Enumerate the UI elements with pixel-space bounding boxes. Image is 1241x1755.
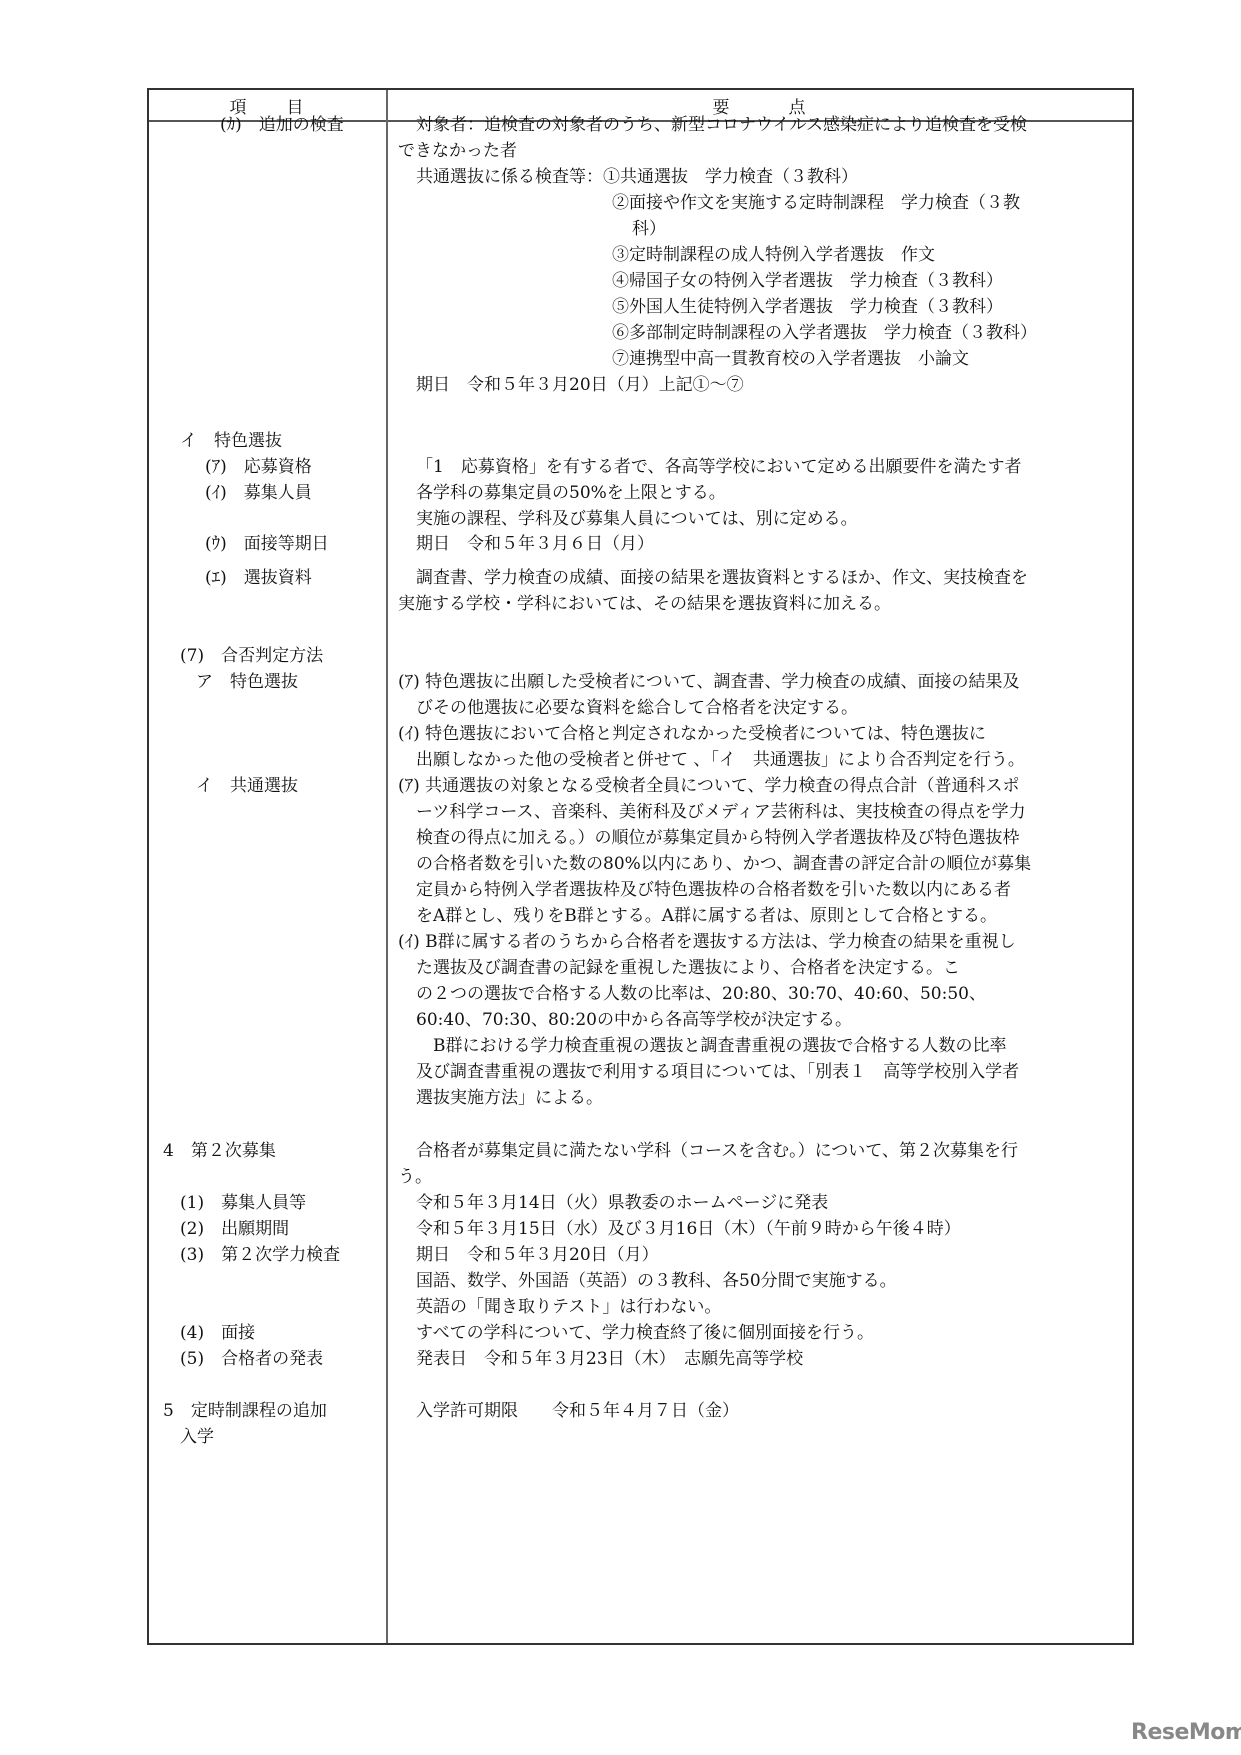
right-line: (ｲ) B群に属する者のうちから合格者を選抜する方法は、学力検査の結果を重視し xyxy=(398,929,1016,955)
right-line: 期日 令和５年３月20日（月）上記①～⑦ xyxy=(416,372,744,398)
right-line: 期日 令和５年３月６日（月） xyxy=(416,531,654,557)
right-line: た選抜及び調査書の記録を重視した選抜により、合格者を決定する。こ xyxy=(416,955,960,981)
right-line: 対象者：追検査の対象者のうち、新型コロナウイルス感染症により追検査を受検 xyxy=(416,112,1027,138)
right-line: ⑤外国人生徒特例入学者選抜 学力検査（３教科） xyxy=(612,294,1003,320)
right-line: 令和５年３月14日（火）県教委のホームページに発表 xyxy=(416,1190,828,1216)
left-line: (2) 出願期間 xyxy=(180,1216,289,1242)
right-line: ⑥多部制定時制課程の入学者選抜 学力検査（３教科） xyxy=(612,320,1037,346)
right-line: 「1 応募資格」を有する者で、各高等学校において定める出願要件を満たす者 xyxy=(416,454,1021,480)
right-line: 実施の課程、学科及び募集人員については、別に定める。 xyxy=(416,506,858,532)
left-line: 入学 xyxy=(180,1424,214,1450)
right-line: 定員から特例入学者選抜枠及び特色選抜枠の合格者数を引いた数以内にある者 xyxy=(416,877,1011,903)
right-line: 発表日 令和５年３月23日（木） 志願先高等学校 xyxy=(416,1346,803,1372)
right-line: う。 xyxy=(398,1164,432,1190)
right-line: ②面接や作文を実施する定時制課程 学力検査（３教 xyxy=(612,190,1020,216)
right-line: 期日 令和５年３月20日（月） xyxy=(416,1242,659,1268)
right-line: の２つの選抜で合格する人数の比率は、20:80、30:70、40:60、50:5… xyxy=(416,981,986,1007)
right-line: 共通選抜に係る検査等：①共通選抜 学力検査（３教科） xyxy=(416,164,858,190)
right-line: (ｲ) 特色選抜において合格と判定されなかった受検者については、特色選抜に xyxy=(398,721,986,747)
left-line: (ｱ) 応募資格 xyxy=(205,454,312,480)
left-line: (3) 第２次学力検査 xyxy=(180,1242,340,1268)
right-line: 合格者が募集定員に満たない学科（コースを含む。）について、第２次募集を行 xyxy=(416,1138,1018,1164)
right-line: (ｱ) 共通選抜の対象となる受検者全員について、学力検査の得点合計（普通科スポ xyxy=(398,773,1020,799)
right-line: 入学許可期限 令和５年４月７日（金） xyxy=(416,1398,739,1424)
right-line: ③定時制課程の成人特例入学者選抜 作文 xyxy=(612,242,935,268)
left-line: ア 特色選抜 xyxy=(196,669,298,695)
left-line: (5) 合格者の発表 xyxy=(180,1346,323,1372)
right-line: 英語の「聞き取りテスト」は行わない。 xyxy=(416,1294,721,1320)
right-line: 令和５年３月15日（水）及び３月16日（木）（午前９時から午後４時） xyxy=(416,1216,961,1242)
left-line: (1) 募集人員等 xyxy=(180,1190,306,1216)
right-line: ④帰国子女の特例入学者選抜 学力検査（３教科） xyxy=(612,268,1003,294)
right-line: 国語、数学、外国語（英語）の３教科、各50分間で実施する。 xyxy=(416,1268,897,1294)
right-line: 実施する学校・学科においては、その結果を選抜資料に加える。 xyxy=(398,591,891,617)
right-line: すべての学科について、学力検査終了後に個別面接を行う。 xyxy=(416,1320,874,1346)
left-line: (ｲ) 募集人員 xyxy=(205,480,312,506)
left-line: 5 定時制課程の追加 xyxy=(163,1398,327,1424)
right-line: の合格者数を引いた数の80%以内にあり、かつ、調査書の評定合計の順位が募集 xyxy=(416,851,1031,877)
admission-procedures-table: 項 目 要 点 (ｶ) 追加の検査イ 特色選抜(ｱ) 応募資格(ｲ) 募集人員(… xyxy=(147,88,1134,1645)
left-line: (ｳ) 面接等期日 xyxy=(205,531,329,557)
left-line: (4) 面接 xyxy=(180,1320,255,1346)
left-line: イ 共通選抜 xyxy=(196,773,298,799)
right-line: 調査書、学力検査の成績、面接の結果を選抜資料とするほか、作文、実技検査を xyxy=(416,565,1028,591)
right-line: 及び調査書重視の選抜で利用する項目については、「別表１ 高等学校別入学者 xyxy=(416,1059,1019,1085)
left-line: (7) 合否判定方法 xyxy=(180,643,323,669)
right-line: 科） xyxy=(632,216,666,242)
right-line: 選抜実施方法」による。 xyxy=(416,1085,603,1111)
right-line: ーツ科学コース、音楽科、美術科及びメディア芸術科は、実技検査の得点を学力 xyxy=(416,799,1026,825)
left-line: イ 特色選抜 xyxy=(180,428,282,454)
resemom-logo: ReseMom xyxy=(1131,1720,1241,1745)
left-line: (ｴ) 選抜資料 xyxy=(205,565,312,591)
left-line: 4 第２次募集 xyxy=(163,1138,276,1164)
right-line: 検査の得点に加える。）の順位が募集定員から特例入学者選抜枠及び特色選抜枠 xyxy=(416,825,1020,851)
item-column: (ｶ) 追加の検査イ 特色選抜(ｱ) 応募資格(ｲ) 募集人員(ｳ) 面接等期日… xyxy=(149,90,386,1643)
right-line: 出願しなかった他の受検者と併せて 、「イ 共通選抜」により合否判定を行う。 xyxy=(416,747,1025,773)
right-line: びその他選抜に必要な資料を総合して合格者を決定する。 xyxy=(416,695,858,721)
right-line: 60:40、70:30、80:20の中から各高等学校が決定する。 xyxy=(416,1007,852,1033)
right-line: 各学科の募集定員の50%を上限とする。 xyxy=(416,480,726,506)
left-line: (ｶ) 追加の検査 xyxy=(220,112,344,138)
right-line: できなかった者 xyxy=(398,138,517,164)
right-line: をA群とし、残りをB群とする。A群に属する者は、原則として合格とする。 xyxy=(416,903,997,929)
right-line: B群における学力検査重視の選抜と調査書重視の選抜で合格する人数の比率 xyxy=(416,1033,1007,1059)
right-line: ⑦連携型中高一貫教育校の入学者選抜 小論文 xyxy=(612,346,969,372)
right-line: (ｱ) 特色選抜に出願した受検者について、調査書、学力検査の成績、面接の結果及 xyxy=(398,669,1020,695)
points-column: 対象者：追検査の対象者のうち、新型コロナウイルス感染症により追検査を受検できなか… xyxy=(388,90,1132,1643)
